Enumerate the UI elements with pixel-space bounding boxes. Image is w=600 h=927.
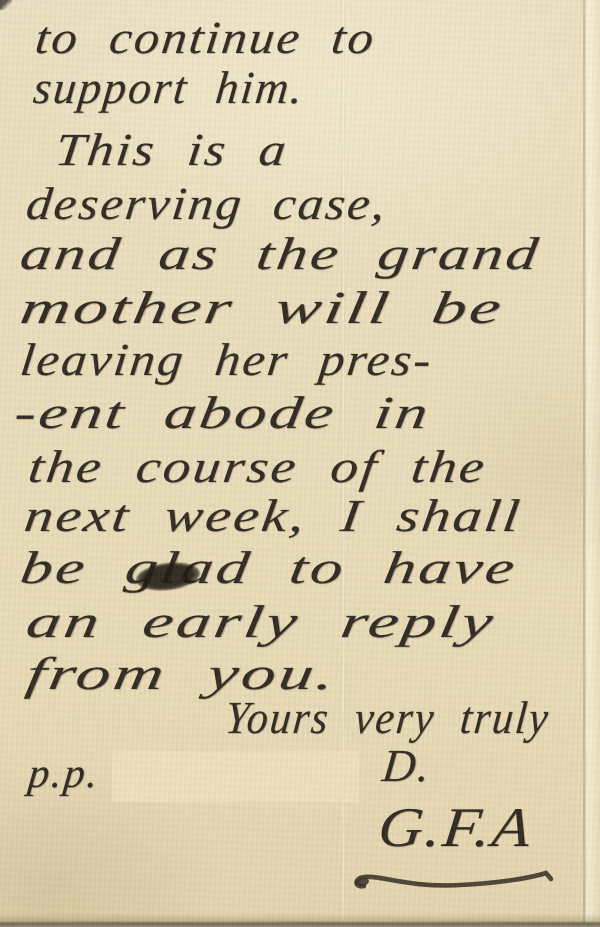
letter-line-6: mother will be xyxy=(17,282,508,335)
letter-line-12: an early reply xyxy=(23,596,500,649)
letter-page: to continue to support him. This is a de… xyxy=(0,0,600,927)
letter-line-5: and as the grand xyxy=(17,228,544,281)
right-edge-crease xyxy=(583,0,600,927)
letter-line-2: support him. xyxy=(31,62,307,115)
letter-line-3: This is a xyxy=(52,124,291,177)
secretary-initial: D. xyxy=(380,740,434,793)
redaction-block xyxy=(113,752,358,801)
closing-line: Yours very truly xyxy=(223,692,552,745)
letter-line-4: deserving case, xyxy=(24,178,390,231)
top-left-corner-mark xyxy=(0,0,12,10)
pp-notation: p.p. xyxy=(26,750,102,798)
letter-line-7: leaving her pres- xyxy=(18,334,436,387)
letter-line-11: be glad to have xyxy=(17,542,521,595)
paper-bottom-edge xyxy=(0,913,600,927)
letter-line-9: the course of the xyxy=(25,441,489,494)
letter-line-8: -ent abode in xyxy=(11,387,434,440)
signature-initials: G.F.A xyxy=(375,796,536,860)
letter-line-1: to continue to xyxy=(33,12,379,65)
letter-line-10: next week, I shall xyxy=(21,490,525,543)
signature-flourish xyxy=(350,866,560,898)
